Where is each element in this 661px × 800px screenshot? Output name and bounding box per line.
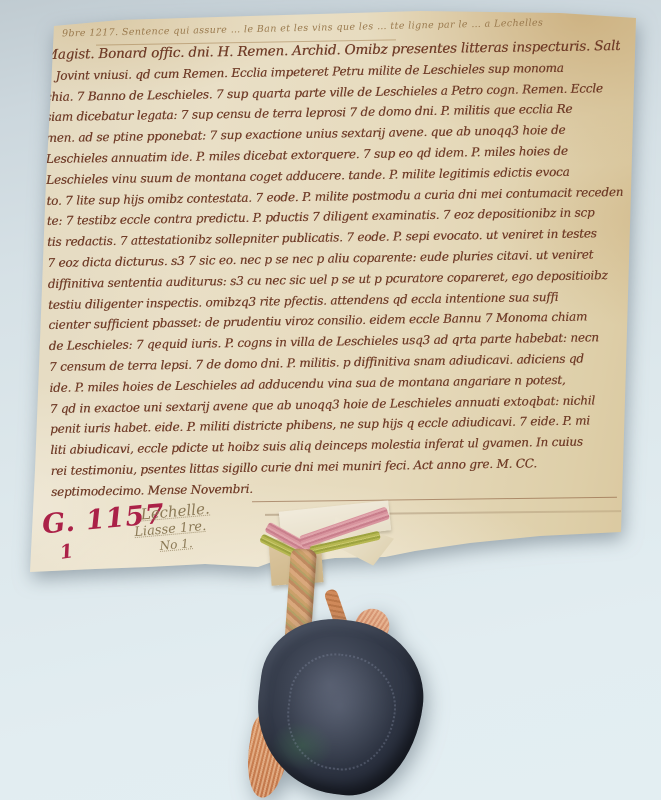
manuscript-text-block: Magist. Bonard offic. dni. H. Remen. Arc… bbox=[44, 36, 627, 503]
pendant-wax-seal bbox=[230, 600, 460, 800]
archival-label: Lechelle. Liasse 1re. No 1. bbox=[126, 495, 260, 555]
charter-photograph: 9bre 1217. Sentence qui assure … le Ban … bbox=[0, 0, 661, 800]
shelfmark-paraph: 1 bbox=[59, 540, 75, 564]
wax-seal-body bbox=[248, 611, 432, 800]
